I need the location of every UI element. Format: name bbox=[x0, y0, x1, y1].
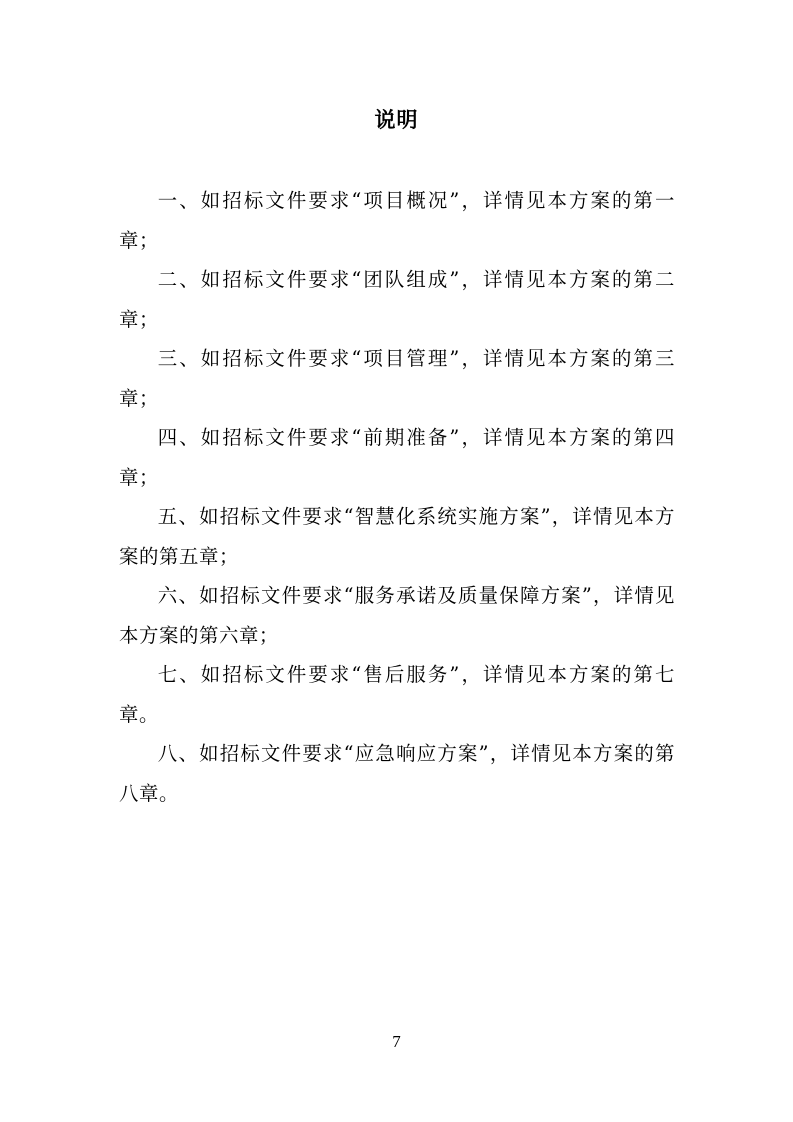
paragraph-7: 七、如招标文件要求“售后服务”，详情见本方案的第七章。 bbox=[119, 655, 675, 734]
paragraph-2: 二、如招标文件要求“团队组成”，详情见本方案的第二章； bbox=[119, 260, 675, 339]
paragraph-5: 五、如招标文件要求“智慧化系统实施方案”，详情见本方案的第五章； bbox=[119, 497, 675, 576]
paragraph-8: 八、如招标文件要求“应急响应方案”，详情见本方案的第八章。 bbox=[119, 734, 675, 813]
paragraph-3: 三、如招标文件要求“项目管理”，详情见本方案的第三章； bbox=[119, 339, 675, 418]
document-body: 一、如招标文件要求“项目概况”，详情见本方案的第一章； 二、如招标文件要求“团队… bbox=[119, 181, 675, 813]
page-title: 说明 bbox=[0, 104, 793, 134]
paragraph-1: 一、如招标文件要求“项目概况”，详情见本方案的第一章； bbox=[119, 181, 675, 260]
page-number: 7 bbox=[0, 1032, 793, 1052]
paragraph-6: 六、如招标文件要求“服务承诺及质量保障方案”，详情见本方案的第六章； bbox=[119, 576, 675, 655]
paragraph-4: 四、如招标文件要求“前期准备”，详情见本方案的第四章； bbox=[119, 418, 675, 497]
